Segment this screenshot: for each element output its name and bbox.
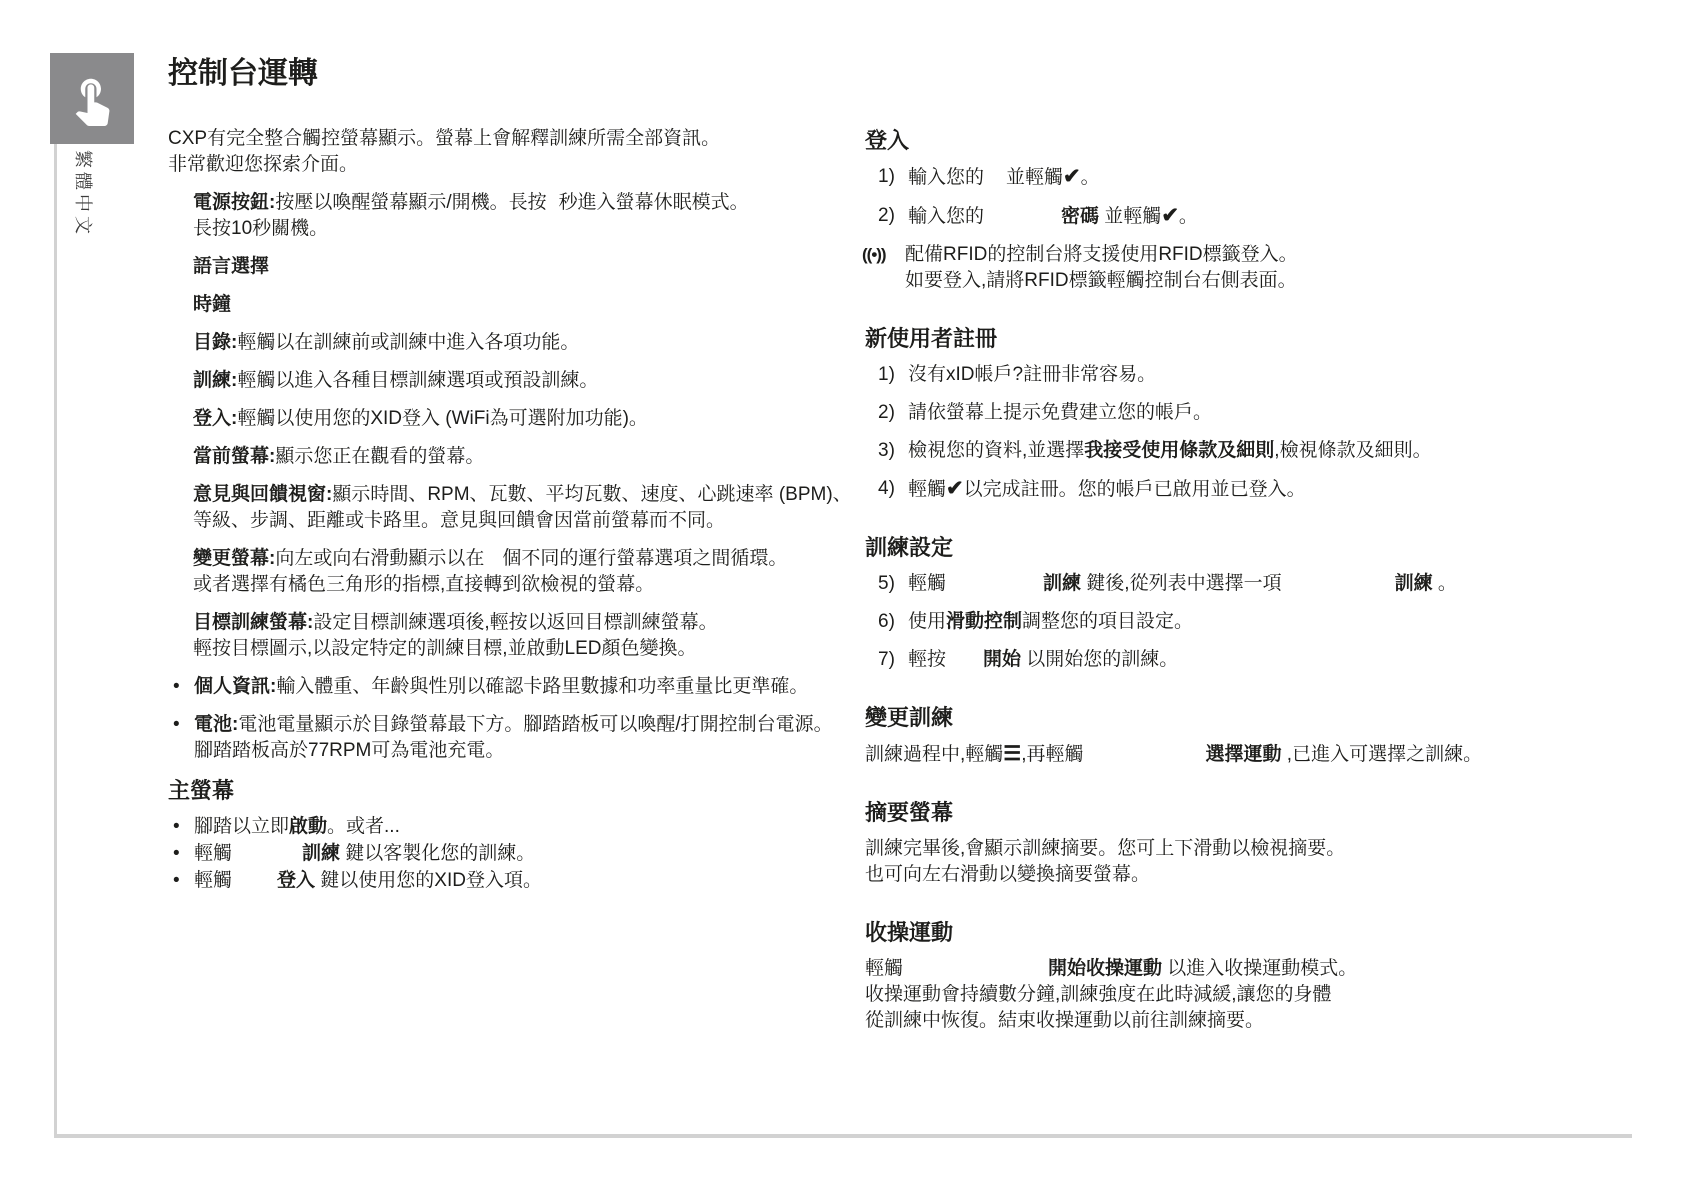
text-run: CXP有完全整合觸控螢幕顯示。螢幕上會解釋訓練所需全部資訊。 — [168, 128, 720, 149]
item-number: 1) — [878, 164, 908, 191]
text-run: 輕觸 — [865, 958, 903, 979]
text-line: 訓練完畢後,會顯示訓練摘要。您可上下滑動以檢視摘要。 — [865, 836, 1345, 862]
text-line: 輕觸✔以完成註冊。您的帳戶已啟用並已登入。 — [908, 476, 1306, 503]
content-frame-left-border — [54, 143, 57, 1137]
item-number: 2) — [878, 400, 908, 426]
bold-text-run: 密碼 — [1061, 206, 1099, 227]
bold-text-run: 個人資訊: — [194, 676, 276, 697]
text-lines: 輕觸訓練 鍵後,從列表中選擇一項訓練 。 — [908, 571, 1457, 597]
text-line: 如要登入,請將RFID標籤輕觸控制台右側表面。 — [905, 268, 1298, 294]
text-run: 按壓以喚醒螢幕顯示/開機。長按 — [275, 192, 546, 213]
text-lines: 輕觸✔以完成註冊。您的帳戶已啟用並已登入。 — [908, 476, 1306, 503]
text-line: 也可向左右滑動以變換摘要螢幕。 — [865, 862, 1345, 888]
numbered-item: 1)沒有xID帳戶?註冊非常容易。 — [865, 362, 1565, 388]
text-lines: 電池:電池電量顯示於目錄螢幕最下方。腳踏踏板可以喚醒/打開控制台電源。腳踏踏板高… — [194, 712, 833, 764]
text-lines: 檢視您的資料,並選擇我接受使用條款及細則,檢視條款及細則。 — [908, 438, 1432, 464]
text-run: 檢視您的資料,並選擇 — [908, 440, 1084, 461]
section-heading: 登入 — [865, 126, 1565, 156]
text-run: 收操運動會持續數分鐘,訓練強度在此時減緩,讓您的身體 — [865, 984, 1332, 1005]
text-lines: 輕觸開始收操運動 以進入收操運動模式。收操運動會持續數分鐘,訓練強度在此時減緩,… — [865, 956, 1357, 1034]
text-run: 以完成註冊。您的帳戶已啟用並已登入。 — [964, 479, 1306, 500]
text-run: ,檢視條款及細則。 — [1274, 440, 1431, 461]
section-heading: 摘要螢幕 — [865, 798, 1565, 828]
text-lines: 登入:輕觸以使用您的XID登入 (WiFi為可選附加功能)。 — [193, 406, 648, 432]
text-line: 檢視您的資料,並選擇我接受使用條款及細則,檢視條款及細則。 — [908, 438, 1432, 464]
text-line: CXP有完全整合觸控螢幕顯示。螢幕上會解釋訓練所需全部資訊。 — [168, 126, 720, 152]
text-line: 輕按開始 以開始您的訓練。 — [908, 647, 1178, 673]
text-line: 語言選擇 — [193, 254, 269, 280]
text-lines: 輕觸訓練 鍵以客製化您的訓練。 — [194, 841, 535, 867]
bold-text-run: 訓練 — [302, 843, 340, 864]
bold-text-run: 目標訓練螢幕: — [193, 612, 313, 633]
text-run: 鍵以客製化您的訓練。 — [340, 843, 535, 864]
text-run: 。或者... — [327, 816, 400, 837]
paragraph: 時鐘 — [193, 292, 858, 318]
text-run: 輕按目標圖示,以設定特定的訓練目標,並啟動LED顏色變換。 — [193, 638, 697, 659]
section-cool-down: 收操運動輕觸開始收操運動 以進入收操運動模式。收操運動會持續數分鐘,訓練強度在此… — [865, 918, 1565, 1034]
section-heading: 主螢幕 — [168, 776, 858, 806]
text-line: 非常歡迎您探索介面。 — [168, 152, 720, 178]
text-line: 當前螢幕:顯示您正在觀看的螢幕。 — [193, 444, 484, 470]
bold-text-run: 選擇運動 — [1206, 744, 1282, 765]
bold-text-run: 語言選擇 — [193, 256, 269, 277]
text-line: 等級、步調、距離或卡路里。意見與回饋會因當前螢幕而不同。 — [193, 508, 852, 534]
text-line: 輸入您的密碼 並輕觸✔。 — [908, 203, 1198, 230]
text-line: 輸入您的並輕觸✔。 — [908, 164, 1100, 191]
bold-text-run: 啟動 — [289, 816, 327, 837]
numbered-item: 2)請依螢幕上提示免費建立您的帳戶。 — [865, 400, 1565, 426]
text-lines: 配備RFID的控制台將支援使用RFID標籤登入。如要登入,請將RFID標籤輕觸控… — [905, 242, 1298, 294]
text-line: 配備RFID的控制台將支援使用RFID標籤登入。 — [905, 242, 1298, 268]
text-line: 沒有xID帳戶?註冊非常容易。 — [908, 362, 1156, 388]
text-run: 輕觸 — [908, 479, 946, 500]
text-run: 顯示您正在觀看的螢幕。 — [275, 446, 484, 467]
text-line: 或者選擇有橘色三角形的指標,直接轉到欲檢視的螢幕。 — [193, 572, 787, 598]
text-lines: 語言選擇 — [193, 254, 269, 280]
text-line: 輕觸訓練 鍵以客製化您的訓練。 — [194, 841, 535, 867]
text-lines: 沒有xID帳戶?註冊非常容易。 — [908, 362, 1156, 388]
numbered-item: 3)檢視您的資料,並選擇我接受使用條款及細則,檢視條款及細則。 — [865, 438, 1565, 464]
text-line: 變更螢幕:向左或向右滑動顯示以在個不同的運行螢幕選項之間循環。 — [193, 546, 787, 572]
blank-gap — [232, 858, 302, 859]
text-run: 輕觸 — [194, 870, 232, 891]
text-run: 使用 — [908, 611, 946, 632]
paragraph: 電源按鈕:按壓以喚醒螢幕顯示/開機。長按秒進入螢幕休眠模式。長按10秒關機。 — [193, 190, 858, 242]
text-lines: 請依螢幕上提示免費建立您的帳戶。 — [908, 400, 1212, 426]
text-run: 輕觸以進入各種目標訓練選項或預設訓練。 — [237, 370, 598, 391]
blank-gap — [984, 221, 1061, 222]
bold-text-run: 電池: — [194, 714, 238, 735]
text-line: 長按10秒關機。 — [193, 216, 749, 242]
bold-text-run: 開始收操運動 — [1048, 958, 1162, 979]
text-line: 訓練:輕觸以進入各種目標訓練選項或預設訓練。 — [193, 368, 598, 394]
text-run: 向左或向右滑動顯示以在 — [275, 548, 484, 569]
text-run: 腳踏踏板高於77RPM可為電池充電。 — [194, 740, 504, 761]
menu-icon: ☰ — [1003, 743, 1021, 765]
text-lines: 輸入您的並輕觸✔。 — [908, 164, 1100, 191]
text-line: 輕觸訓練 鍵後,從列表中選擇一項訓練 。 — [908, 571, 1457, 597]
text-line: 訓練過程中,輕觸☰,再輕觸選擇運動 ,已進入可選擇之訓練。 — [865, 741, 1482, 768]
text-run: 顯示時間、RPM、瓦數、平均瓦數、速度、心跳速率 (BPM)、 — [332, 484, 851, 505]
bold-text-run: 滑動控制 — [946, 611, 1022, 632]
numbered-item: 5)輕觸訓練 鍵後,從列表中選擇一項訓練 。 — [865, 571, 1565, 597]
content-frame-bottom-border — [54, 1134, 1632, 1138]
text-run: 電池電量顯示於目錄螢幕最下方。腳踏踏板可以喚醒/打開控制台電源。 — [238, 714, 832, 735]
numbered-item: 7)輕按開始 以開始您的訓練。 — [865, 647, 1565, 673]
text-line: 目標訓練螢幕:設定目標訓練選項後,輕按以返回目標訓練螢幕。 — [193, 610, 718, 636]
bullet-marker: • — [173, 868, 194, 894]
bold-text-run: 訓練: — [193, 370, 237, 391]
paragraph: 語言選擇 — [193, 254, 858, 280]
item-number: 3) — [878, 438, 908, 464]
bold-text-run: 時鐘 — [193, 294, 231, 315]
text-line: 目錄:輕觸以在訓練前或訓練中進入各項功能。 — [193, 330, 579, 356]
text-run: 並輕觸 — [1006, 167, 1063, 188]
section-sign-in: 登入1)輸入您的並輕觸✔。2)輸入您的密碼 並輕觸✔。((•))配備RFID的控… — [865, 126, 1565, 294]
bold-text-run: 登入 — [277, 870, 315, 891]
text-lines: 輸入您的密碼 並輕觸✔。 — [908, 203, 1198, 230]
blank-gap — [946, 664, 983, 665]
text-run: 如要登入,請將RFID標籤輕觸控制台右側表面。 — [905, 270, 1297, 291]
text-line: 輕按目標圖示,以設定特定的訓練目標,並啟動LED顏色變換。 — [193, 636, 718, 662]
text-run: 請依螢幕上提示免費建立您的帳戶。 — [908, 402, 1212, 423]
text-run: 等級、步調、距離或卡路里。意見與回饋會因當前螢幕而不同。 — [193, 510, 725, 531]
check-icon: ✔ — [1063, 165, 1081, 188]
text-lines: 意見與回饋視窗:顯示時間、RPM、瓦數、平均瓦數、速度、心跳速率 (BPM)、等… — [193, 482, 852, 534]
paragraph: 當前螢幕:顯示您正在觀看的螢幕。 — [193, 444, 858, 470]
text-line: 輕觸開始收操運動 以進入收操運動模式。 — [865, 956, 1357, 982]
blank-gap — [1084, 759, 1206, 760]
blank-gap — [903, 973, 1048, 974]
paragraph: 訓練過程中,輕觸☰,再輕觸選擇運動 ,已進入可選擇之訓練。 — [865, 741, 1565, 768]
section-heading: 收操運動 — [865, 918, 1565, 948]
text-line: 從訓練中恢復。結束收操運動以前往訓練摘要。 — [865, 1008, 1357, 1034]
text-run: 訓練完畢後,會顯示訓練摘要。您可上下滑動以檢視摘要。 — [865, 838, 1345, 859]
rfid-note: ((•))配備RFID的控制台將支援使用RFID標籤登入。如要登入,請將RFID… — [865, 242, 1565, 294]
blank-gap — [1282, 588, 1395, 589]
bullet-marker: • — [173, 841, 194, 867]
text-run: 輸入體重、年齡與性別以確認卡路里數據和功率重量比更準確。 — [276, 676, 808, 697]
text-run: 輕觸以在訓練前或訓練中進入各項功能。 — [237, 332, 579, 353]
bold-text-run: 電源按鈕: — [193, 192, 275, 213]
text-line: 腳踏以立即啟動。或者... — [194, 814, 400, 840]
text-lines: 個人資訊:輸入體重、年齡與性別以確認卡路里數據和功率重量比更準確。 — [194, 674, 808, 700]
bold-text-run: 登入: — [193, 408, 237, 429]
bold-text-run: 目錄: — [193, 332, 237, 353]
touch-icon — [65, 72, 119, 126]
text-run: 腳踏以立即 — [194, 816, 289, 837]
text-run: 輕觸 — [908, 573, 946, 594]
bold-text-run: 我接受使用條款及細則 — [1084, 440, 1274, 461]
paragraph: 意見與回饋視窗:顯示時間、RPM、瓦數、平均瓦數、速度、心跳速率 (BPM)、等… — [193, 482, 858, 534]
bullet-item: •輕觸登入 鍵以使用您的XID登入項。 — [168, 868, 858, 894]
text-line: 電源按鈕:按壓以喚醒螢幕顯示/開機。長按秒進入螢幕休眠模式。 — [193, 190, 749, 216]
numbered-item: 2)輸入您的密碼 並輕觸✔。 — [865, 203, 1565, 230]
text-run: 設定目標訓練選項後,輕按以返回目標訓練螢幕。 — [313, 612, 717, 633]
text-run: 非常歡迎您探索介面。 — [168, 154, 358, 175]
bullet-item: •電池:電池電量顯示於目錄螢幕最下方。腳踏踏板可以喚醒/打開控制台電源。腳踏踏板… — [168, 712, 858, 764]
text-run: 輸入您的 — [908, 167, 984, 188]
text-run: 。 — [1179, 206, 1198, 227]
bullet-marker: • — [173, 814, 194, 840]
item-number: 1) — [878, 362, 908, 388]
bold-text-run: 訓練 — [1043, 573, 1081, 594]
text-run: 以開始您的訓練。 — [1021, 649, 1178, 670]
text-line: 請依螢幕上提示免費建立您的帳戶。 — [908, 400, 1212, 426]
bold-text-run: 訓練 — [1395, 573, 1433, 594]
bullet-marker: • — [173, 674, 194, 700]
bullet-marker: • — [173, 712, 194, 764]
section-registration: 新使用者註冊1)沒有xID帳戶?註冊非常容易。2)請依螢幕上提示免費建立您的帳戶… — [865, 324, 1565, 503]
text-line: 個人資訊:輸入體重、年齡與性別以確認卡路里數據和功率重量比更準確。 — [194, 674, 808, 700]
item-number: 5) — [878, 571, 908, 597]
text-run: 秒進入螢幕休眠模式。 — [559, 192, 749, 213]
text-lines: 電源按鈕:按壓以喚醒螢幕顯示/開機。長按秒進入螢幕休眠模式。長按10秒關機。 — [193, 190, 749, 242]
section-heading: 新使用者註冊 — [865, 324, 1565, 354]
paragraph: 目標訓練螢幕:設定目標訓練選項後,輕按以返回目標訓練螢幕。輕按目標圖示,以設定特… — [193, 610, 858, 662]
text-lines: 訓練過程中,輕觸☰,再輕觸選擇運動 ,已進入可選擇之訓練。 — [865, 741, 1482, 768]
paragraph: 登入:輕觸以使用您的XID登入 (WiFi為可選附加功能)。 — [193, 406, 858, 432]
text-run: 輕觸以使用您的XID登入 (WiFi為可選附加功能)。 — [237, 408, 648, 429]
item-number: 7) — [878, 647, 908, 673]
numbered-item: 1)輸入您的並輕觸✔。 — [865, 164, 1565, 191]
text-line: 登入:輕觸以使用您的XID登入 (WiFi為可選附加功能)。 — [193, 406, 648, 432]
text-run: ,再輕觸 — [1021, 744, 1083, 765]
text-run: 從訓練中恢復。結束收操運動以前往訓練摘要。 — [865, 1010, 1264, 1031]
text-run: 長按10秒關機。 — [193, 218, 328, 239]
check-icon: ✔ — [946, 477, 964, 500]
text-run: 調整您的項目設定。 — [1022, 611, 1193, 632]
text-lines: 輕按開始 以開始您的訓練。 — [908, 647, 1178, 673]
section-heading: 變更訓練 — [865, 703, 1565, 733]
text-run: 鍵以使用您的XID登入項。 — [315, 870, 542, 891]
section-workout-setup: 訓練設定5)輕觸訓練 鍵後,從列表中選擇一項訓練 。6)使用滑動控制調整您的項目… — [865, 533, 1565, 673]
blank-gap — [946, 588, 1043, 589]
paragraph: 變更螢幕:向左或向右滑動顯示以在個不同的運行螢幕選項之間循環。或者選擇有橘色三角… — [193, 546, 858, 598]
item-number: 2) — [878, 203, 908, 230]
text-run: 訓練過程中,輕觸 — [865, 744, 1003, 765]
text-lines: 目標訓練螢幕:設定目標訓練選項後,輕按以返回目標訓練螢幕。輕按目標圖示,以設定特… — [193, 610, 718, 662]
text-run: 輕按 — [908, 649, 946, 670]
bold-text-run: 變更螢幕: — [193, 548, 275, 569]
blank-gap — [484, 563, 502, 564]
rfid-icon: ((•)) — [862, 242, 905, 294]
text-lines: 時鐘 — [193, 292, 231, 318]
text-line: 收操運動會持續數分鐘,訓練強度在此時減緩,讓您的身體 — [865, 982, 1357, 1008]
text-lines: 使用滑動控制調整您的項目設定。 — [908, 609, 1193, 635]
text-lines: 變更螢幕:向左或向右滑動顯示以在個不同的運行螢幕選項之間循環。或者選擇有橘色三角… — [193, 546, 787, 598]
text-run: 。 — [1433, 573, 1457, 594]
section-summary-screen: 摘要螢幕訓練完畢後,會顯示訓練摘要。您可上下滑動以檢視摘要。也可向左右滑動以變換… — [865, 798, 1565, 888]
right-column: 登入1)輸入您的並輕觸✔。2)輸入您的密碼 並輕觸✔。((•))配備RFID的控… — [865, 126, 1565, 1064]
blank-gap — [232, 885, 277, 886]
text-run: 沒有xID帳戶?註冊非常容易。 — [908, 364, 1156, 385]
text-lines: 訓練:輕觸以進入各種目標訓練選項或預設訓練。 — [193, 368, 598, 394]
bold-text-run: 開始 — [983, 649, 1021, 670]
paragraph: 訓練完畢後,會顯示訓練摘要。您可上下滑動以檢視摘要。也可向左右滑動以變換摘要螢幕… — [865, 836, 1565, 888]
text-line: 意見與回饋視窗:顯示時間、RPM、瓦數、平均瓦數、速度、心跳速率 (BPM)、 — [193, 482, 852, 508]
numbered-item: 6)使用滑動控制調整您的項目設定。 — [865, 609, 1565, 635]
item-number: 4) — [878, 476, 908, 503]
blank-gap — [547, 207, 559, 208]
text-line: 使用滑動控制調整您的項目設定。 — [908, 609, 1193, 635]
text-line: 輕觸登入 鍵以使用您的XID登入項。 — [194, 868, 542, 894]
blank-gap — [984, 182, 1006, 183]
bold-text-run: 意見與回饋視窗: — [193, 484, 332, 505]
text-run: 鍵後,從列表中選擇一項 — [1081, 573, 1282, 594]
numbered-item: 4)輕觸✔以完成註冊。您的帳戶已啟用並已登入。 — [865, 476, 1565, 503]
check-icon: ✔ — [1161, 204, 1179, 227]
item-number: 6) — [878, 609, 908, 635]
text-lines: 目錄:輕觸以在訓練前或訓練中進入各項功能。 — [193, 330, 579, 356]
paragraph: 訓練:輕觸以進入各種目標訓練選項或預設訓練。 — [193, 368, 858, 394]
text-run: 。 — [1081, 167, 1100, 188]
bullet-item: •輕觸訓練 鍵以客製化您的訓練。 — [168, 841, 858, 867]
text-lines: CXP有完全整合觸控螢幕顯示。螢幕上會解釋訓練所需全部資訊。非常歡迎您探索介面。 — [168, 126, 720, 178]
text-run: 輸入您的 — [908, 206, 984, 227]
section-heading: 訓練設定 — [865, 533, 1565, 563]
text-lines: 腳踏以立即啟動。或者... — [194, 814, 400, 840]
bullet-item: •個人資訊:輸入體重、年齡與性別以確認卡路里數據和功率重量比更準確。 — [168, 674, 858, 700]
text-run: 輕觸 — [194, 843, 232, 864]
page-title: 控制台運轉 — [168, 56, 318, 92]
bold-text-run: 當前螢幕: — [193, 446, 275, 467]
paragraph: 目錄:輕觸以在訓練前或訓練中進入各項功能。 — [193, 330, 858, 356]
text-run: ,已進入可選擇之訓練。 — [1282, 744, 1483, 765]
text-run: 並輕觸 — [1099, 206, 1161, 227]
touch-icon-box — [50, 53, 134, 144]
section-change-workout: 變更訓練訓練過程中,輕觸☰,再輕觸選擇運動 ,已進入可選擇之訓練。 — [865, 703, 1565, 768]
text-run: 配備RFID的控制台將支援使用RFID標籤登入。 — [905, 244, 1298, 265]
left-column: CXP有完全整合觸控螢幕顯示。螢幕上會解釋訓練所需全部資訊。非常歡迎您探索介面。… — [168, 126, 858, 895]
text-run: 或者選擇有橘色三角形的指標,直接轉到欲檢視的螢幕。 — [193, 574, 654, 595]
bullet-item: •腳踏以立即啟動。或者... — [168, 814, 858, 840]
paragraph: 輕觸開始收操運動 以進入收操運動模式。收操運動會持續數分鐘,訓練強度在此時減緩,… — [865, 956, 1565, 1034]
text-line: 腳踏踏板高於77RPM可為電池充電。 — [194, 738, 833, 764]
language-tab-label: 繁體中文 — [71, 150, 97, 238]
text-lines: 訓練完畢後,會顯示訓練摘要。您可上下滑動以檢視摘要。也可向左右滑動以變換摘要螢幕… — [865, 836, 1345, 888]
text-line: 時鐘 — [193, 292, 231, 318]
text-line: 電池:電池電量顯示於目錄螢幕最下方。腳踏踏板可以喚醒/打開控制台電源。 — [194, 712, 833, 738]
paragraph: CXP有完全整合觸控螢幕顯示。螢幕上會解釋訓練所需全部資訊。非常歡迎您探索介面。 — [168, 126, 858, 178]
text-run: 個不同的運行螢幕選項之間循環。 — [502, 548, 787, 569]
text-run: 也可向左右滑動以變換摘要螢幕。 — [865, 864, 1150, 885]
text-run: 以進入收操運動模式。 — [1162, 958, 1357, 979]
text-lines: 輕觸登入 鍵以使用您的XID登入項。 — [194, 868, 542, 894]
text-lines: 當前螢幕:顯示您正在觀看的螢幕。 — [193, 444, 484, 470]
